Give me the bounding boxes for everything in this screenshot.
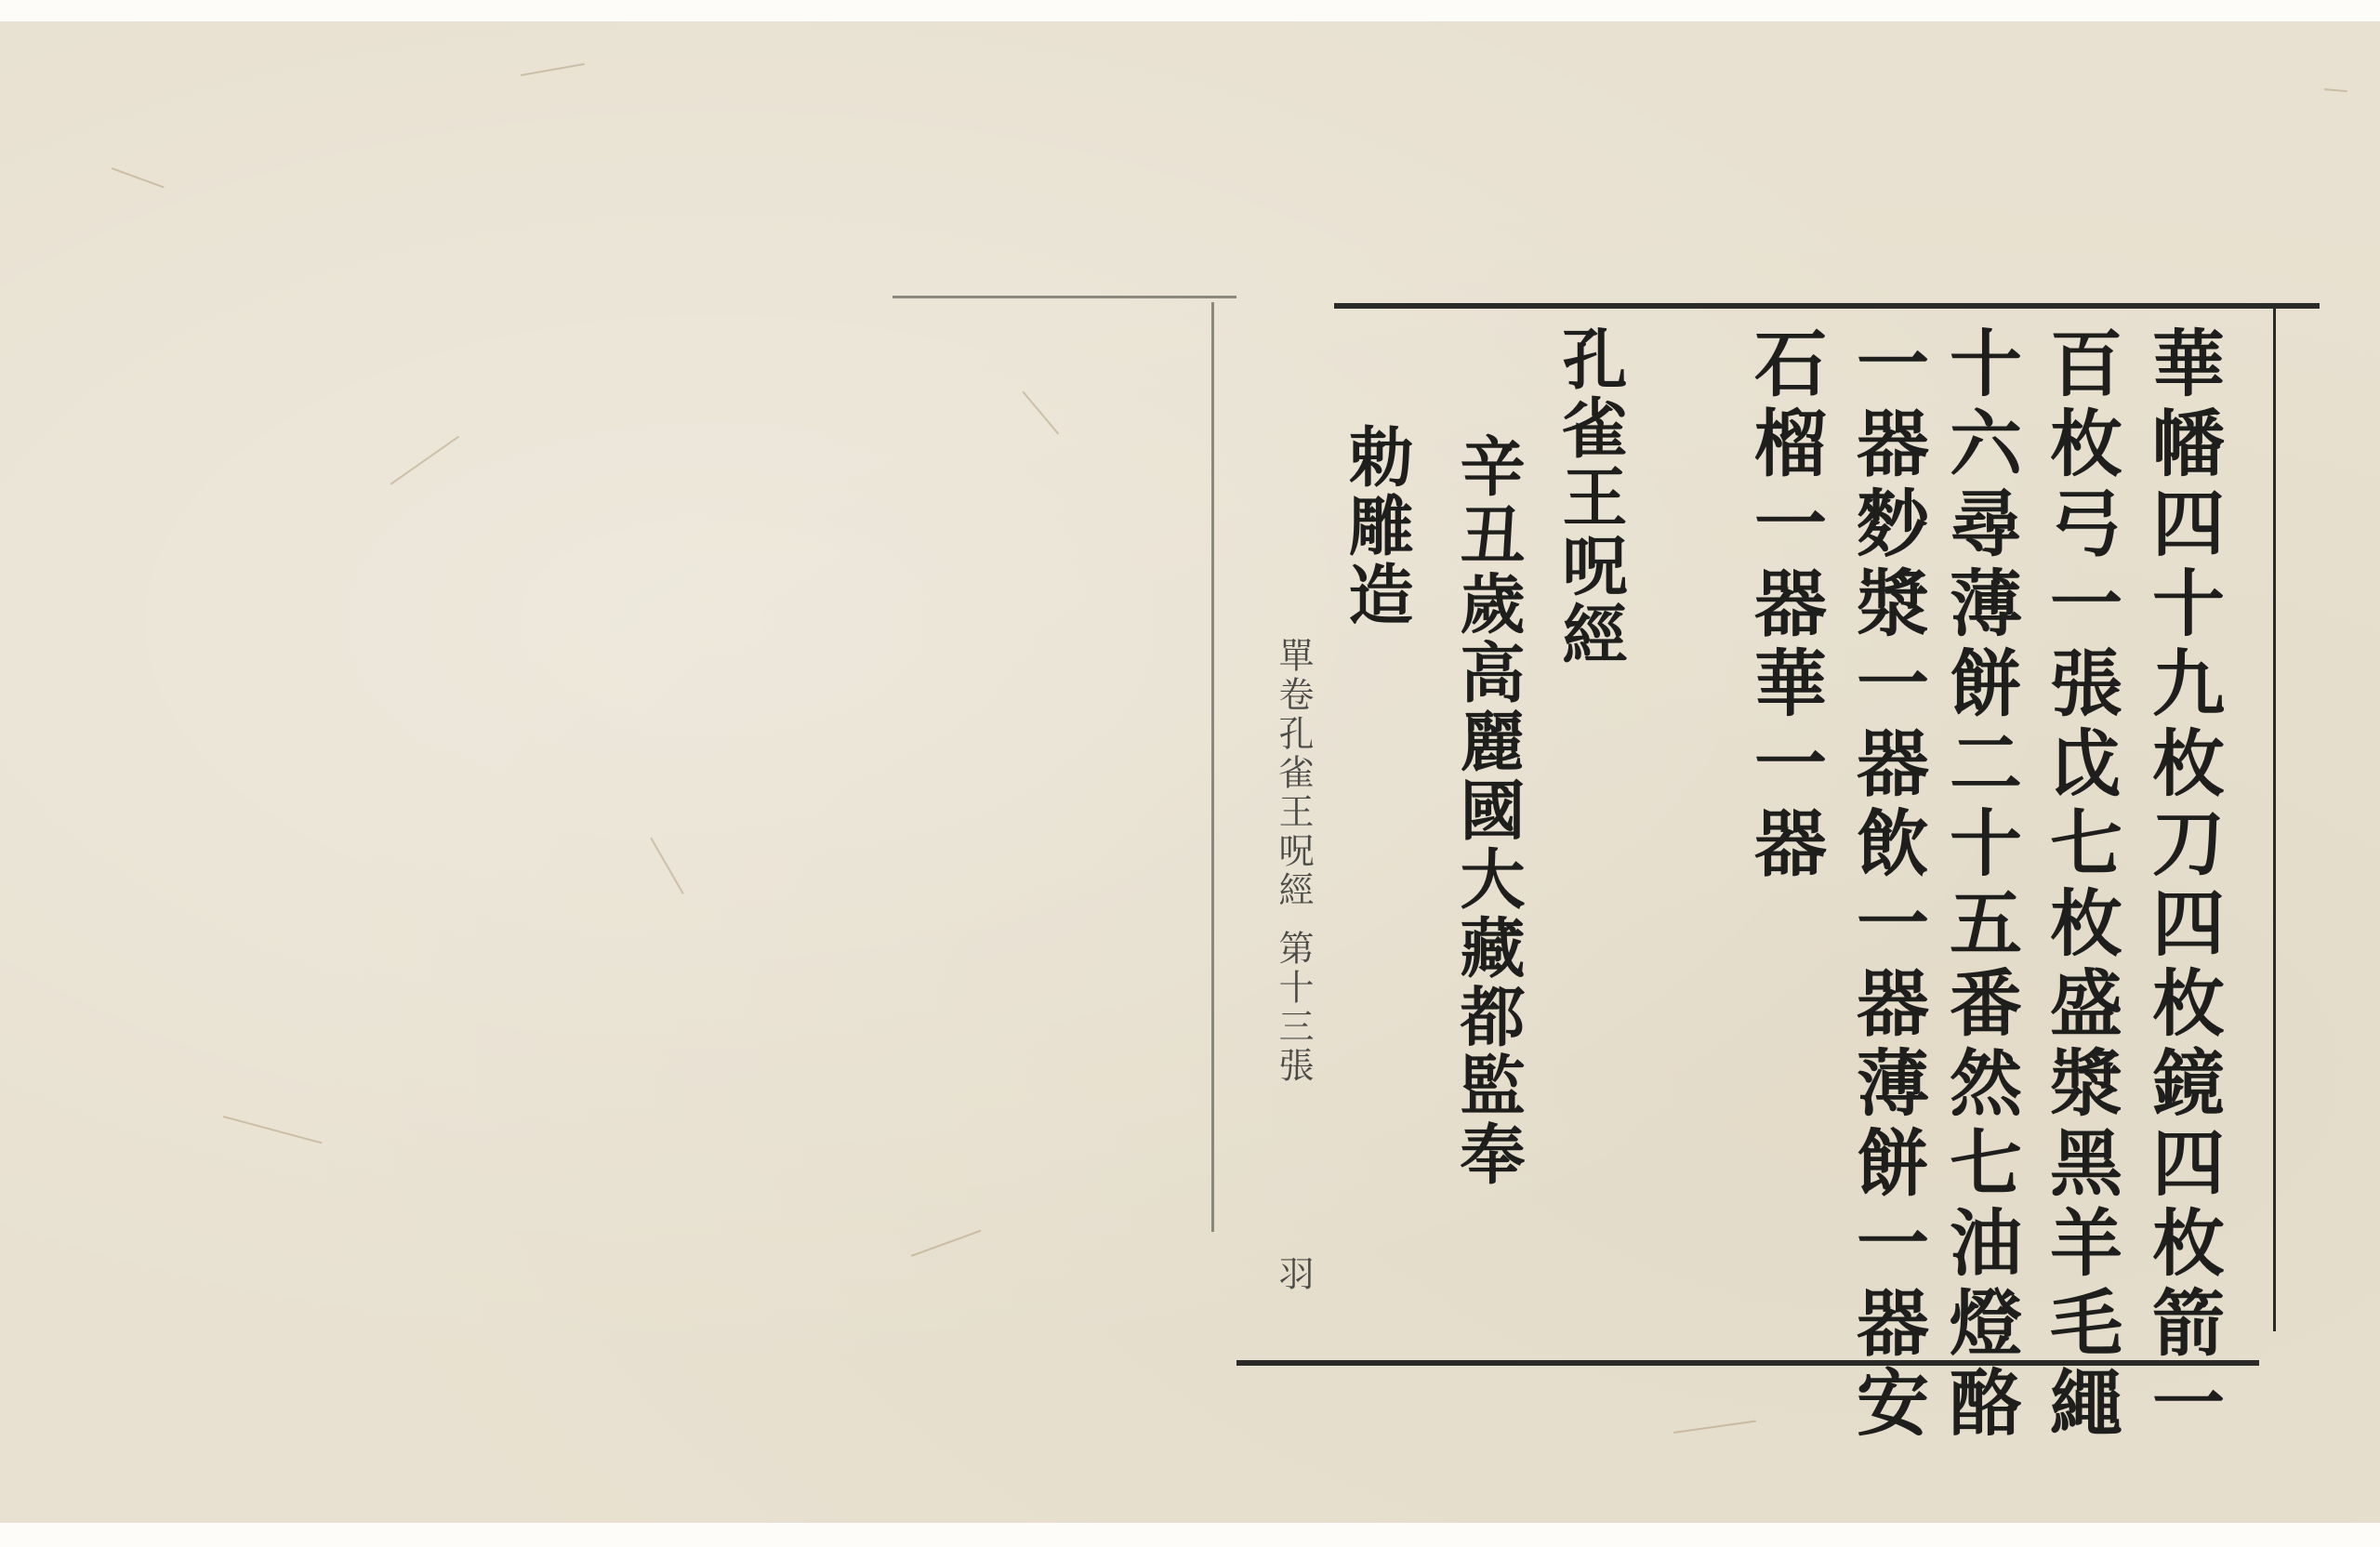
frame-right-rule	[2273, 309, 2276, 1331]
text-column-3: 十六尋薄餅二十五番然七油燈酪	[1943, 325, 2016, 1445]
text-column-4: 一器麨漿一器飲一器薄餅一器安	[1850, 325, 1923, 1445]
colophon-continuation: 勅雕造	[1343, 423, 1408, 629]
margin-mark: 羽	[1276, 1255, 1311, 1294]
frame-top-rule	[1334, 303, 2320, 309]
outer-frame-left-rule	[1211, 302, 1214, 1232]
colophon: 辛丑歲高麗國大藏都監奉	[1455, 432, 1520, 1189]
text-column-1: 華幡四十九枚刀四枚鏡四枚箭一	[2146, 325, 2218, 1445]
text-column-5: 石榴一器華一器	[1748, 325, 1820, 885]
sutra-title: 孔雀王呪經	[1557, 325, 1622, 669]
margin-title: 單卷孔雀王呪經	[1276, 637, 1311, 910]
paper-sheet	[0, 21, 2380, 1523]
margin-page-number: 第十三張	[1276, 930, 1311, 1086]
outer-frame-top-rule	[892, 296, 1236, 298]
text-column-2: 百枚弓一張戉七枚盛漿黑羊毛繩	[2043, 325, 2116, 1445]
